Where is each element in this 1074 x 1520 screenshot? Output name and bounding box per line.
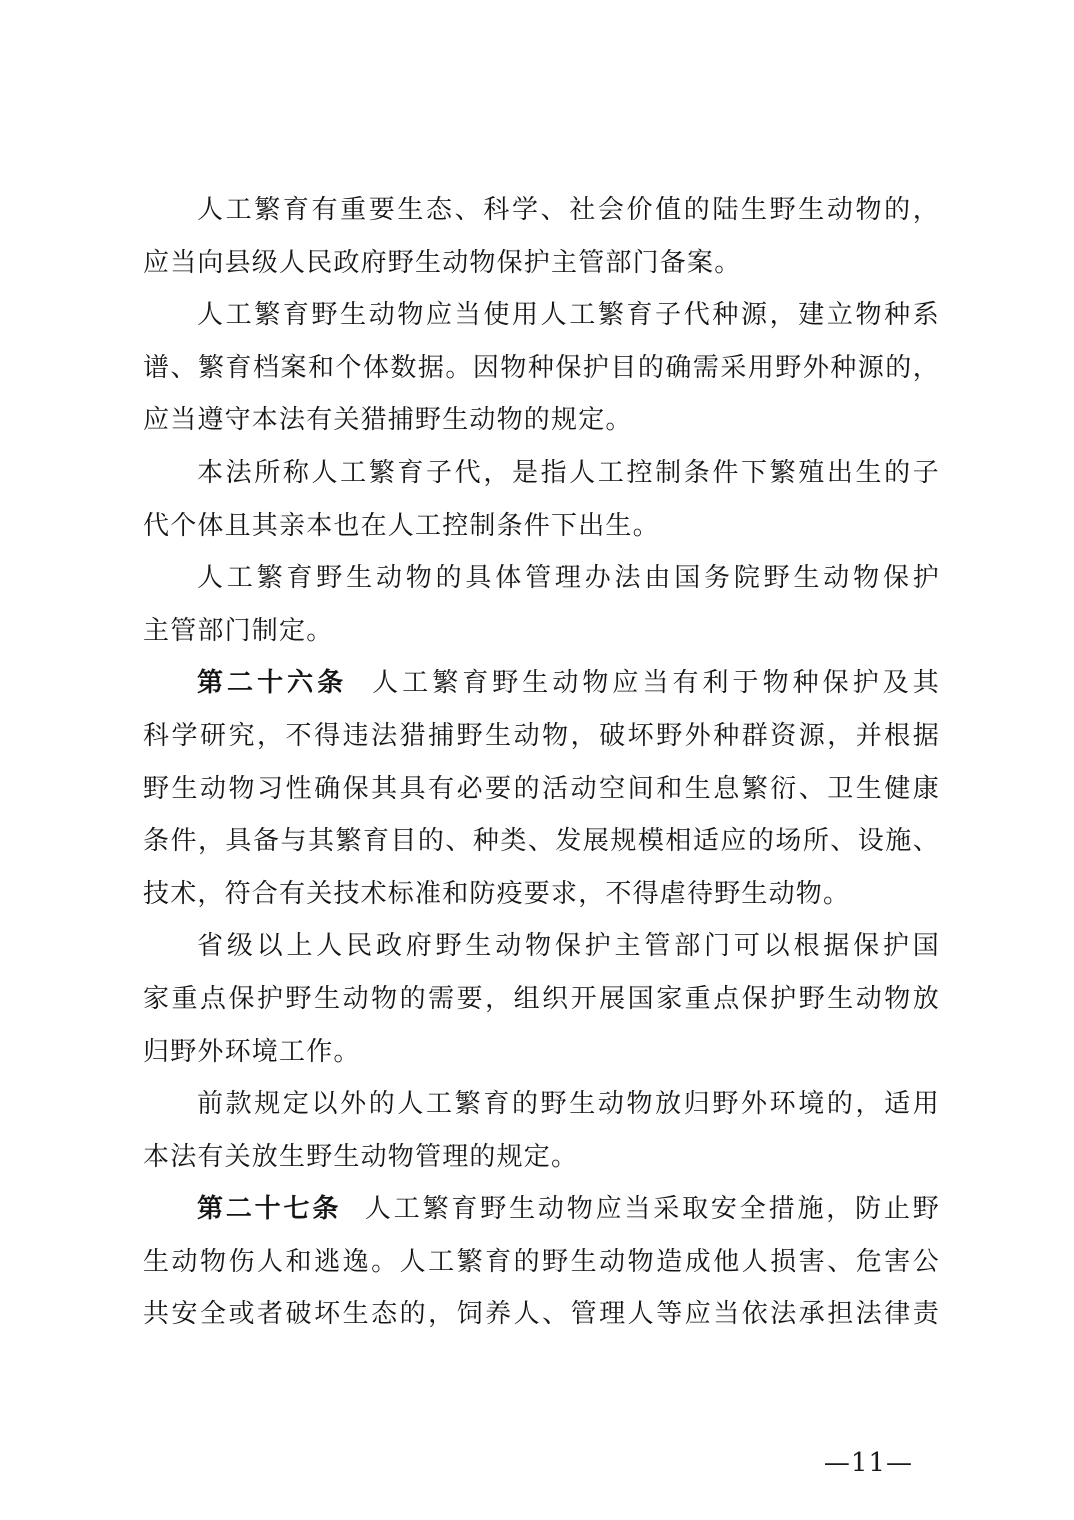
text-line: 本法所称人工繁育子代，是指人工控制条件下繁殖出生的子 [143, 447, 940, 500]
text-line: 技术，符合有关技术标准和防疫要求，不得虐待野生动物。 [143, 868, 940, 921]
text-line: 应当遵守本法有关猎捕野生动物的规定。 [143, 394, 940, 447]
text-line: 人工繁育有重要生态、科学、社会价值的陆生野生动物的， [143, 184, 940, 237]
paragraph: 人工繁育野生动物应当使用人工繁育子代种源，建立物种系谱、繁育档案和个体数据。因物… [143, 289, 940, 447]
text-line: 主管部门制定。 [143, 605, 940, 658]
article-number: 第二十六条 [197, 668, 347, 698]
text-line: 条件，具备与其繁育目的、种类、发展规模相适应的场所、设施、 [143, 815, 940, 868]
paragraph: 前款规定以外的人工繁育的野生动物放归野外环境的，适用本法有关放生野生动物管理的规… [143, 1078, 940, 1183]
text-line: 省级以上人民政府野生动物保护主管部门可以根据保护国 [143, 920, 940, 973]
page-number: —11— [824, 1443, 913, 1483]
text-line: 人工繁育野生动物的具体管理办法由国务院野生动物保护 [143, 552, 940, 605]
text-line: 代个体且其亲本也在人工控制条件下出生。 [143, 500, 940, 553]
text-line: 本法有关放生野生动物管理的规定。 [143, 1131, 940, 1184]
document-page: 人工繁育有重要生态、科学、社会价值的陆生野生动物的，应当向县级人民政府野生动物保… [0, 0, 1074, 1520]
paragraph: 人工繁育野生动物的具体管理办法由国务院野生动物保护主管部门制定。 [143, 552, 940, 657]
text-line: 归野外环境工作。 [143, 1026, 940, 1079]
text-line: 谱、繁育档案和个体数据。因物种保护目的确需采用野外种源的， [143, 342, 940, 395]
paragraph: 第二十六条人工繁育野生动物应当有利于物种保护及其科学研究，不得违法猎捕野生动物，… [143, 657, 940, 920]
article-line: 第二十六条人工繁育野生动物应当有利于物种保护及其 [143, 657, 940, 710]
paragraph: 人工繁育有重要生态、科学、社会价值的陆生野生动物的，应当向县级人民政府野生动物保… [143, 184, 940, 289]
text-line: 科学研究，不得违法猎捕野生动物，破坏野外种群资源，并根据 [143, 710, 940, 763]
text-line: 人工繁育野生动物应当使用人工繁育子代种源，建立物种系 [143, 289, 940, 342]
article-line: 第二十七条人工繁育野生动物应当采取安全措施，防止野 [143, 1183, 940, 1236]
paragraph: 第二十七条人工繁育野生动物应当采取安全措施，防止野生动物伤人和逃逸。人工繁育的野… [143, 1183, 940, 1341]
line-text: 人工繁育野生动物应当采取安全措施，防止野 [363, 1194, 940, 1224]
text-line: 生动物伤人和逃逸。人工繁育的野生动物造成他人损害、危害公 [143, 1236, 940, 1289]
line-text: 人工繁育野生动物应当有利于物种保护及其 [369, 668, 940, 698]
text-line: 前款规定以外的人工繁育的野生动物放归野外环境的，适用 [143, 1078, 940, 1131]
document-body: 人工繁育有重要生态、科学、社会价值的陆生野生动物的，应当向县级人民政府野生动物保… [143, 184, 940, 1341]
text-line: 应当向县级人民政府野生动物保护主管部门备案。 [143, 237, 940, 290]
article-number: 第二十七条 [197, 1194, 341, 1224]
text-line: 野生动物习性确保其具有必要的活动空间和生息繁衍、卫生健康 [143, 763, 940, 816]
paragraph: 本法所称人工繁育子代，是指人工控制条件下繁殖出生的子代个体且其亲本也在人工控制条… [143, 447, 940, 552]
text-line: 共安全或者破坏生态的，饲养人、管理人等应当依法承担法律责 [143, 1288, 940, 1341]
text-line: 家重点保护野生动物的需要，组织开展国家重点保护野生动物放 [143, 973, 940, 1026]
paragraph: 省级以上人民政府野生动物保护主管部门可以根据保护国家重点保护野生动物的需要，组织… [143, 920, 940, 1078]
